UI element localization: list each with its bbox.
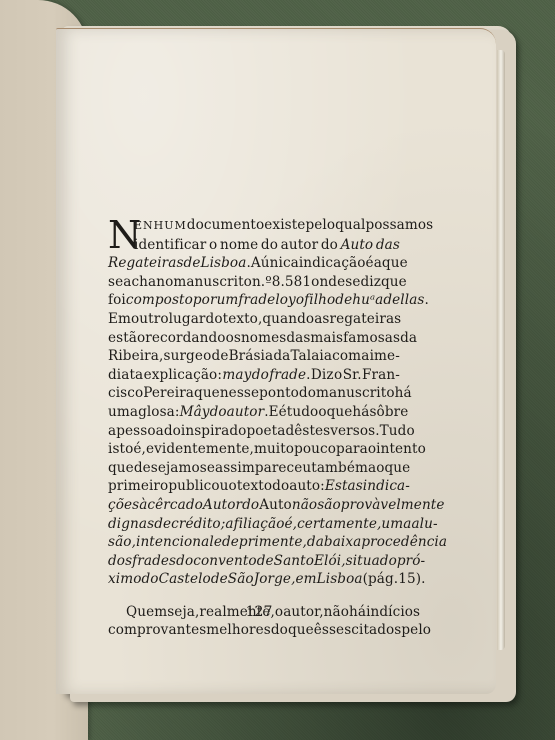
text-line: dosfradesdoconventodeSantoElói,situadopr… [108,552,400,571]
word: ao [368,459,385,478]
word: desejamos [134,459,207,478]
text-line: Emoutrolugardotexto,quandoasregateiras [108,310,400,329]
word: huᵃa [352,291,383,310]
word: àcêrca [139,496,186,515]
text-line: comprovantesmelhoresdoqueêssescitadospel… [108,621,400,640]
word: qual [335,216,365,236]
word: Pereira [143,384,194,403]
word: crédito; [171,515,225,534]
word: comprovantes [108,621,206,640]
text-line: diataexplicação:maydofrade.DizoSr.Fran- [108,366,400,385]
word: famosas [343,329,400,348]
word: quando [262,310,314,329]
word: que [108,459,134,478]
word: a [108,422,116,441]
word: que [327,403,353,422]
word: texto [237,477,272,496]
word: surge [164,347,203,366]
word: por [193,291,217,310]
word: foi [108,291,126,310]
word: é [279,403,287,422]
word: nesse [220,384,259,403]
word: Jorge, [254,570,296,589]
text-line: umaglosa:Mâydoautor.Eétudooquehásôbre [108,403,400,422]
word: Tudo [380,422,415,441]
word: manuscrito [173,273,252,292]
word: se [345,273,360,292]
word: se [108,273,123,292]
text-line: seachanomanuscriton.º8.581ondesedizque [108,273,400,292]
word: o [209,236,217,255]
word: poeta [246,422,285,441]
text-line: ximodoCastelodeSãoJorge,emLisboa(pág.15)… [108,570,400,589]
word: indica- [363,477,410,496]
word: da [400,329,417,348]
word: baixa [324,533,361,552]
word: (pág. [363,570,399,589]
word: indícios [366,603,420,622]
word: da [273,347,290,366]
word: ime- [370,347,400,366]
word: as [314,310,329,329]
word: texto, [223,310,263,329]
word: publicou [168,477,228,496]
word: pró- [397,552,425,571]
word: convento [193,552,256,571]
word: citados [351,621,401,640]
word: inspirado [181,422,247,441]
text-line: istoé,evidentemente,muitopoucoparaointen… [108,440,400,459]
word: Brásia [229,347,274,366]
word: do [252,366,269,385]
word: pouco [294,440,336,459]
word: e [207,459,215,478]
word: evidentemente, [146,440,254,459]
word: 8.581 [272,273,311,292]
word: um [217,291,239,310]
paragraph-gap [108,589,400,603]
word: Elói, [314,552,346,571]
word: certamente, [297,515,381,534]
word: do [261,236,278,255]
word: os [226,329,241,348]
word: pelo [305,216,335,236]
word: em [296,570,317,589]
word: glosa: [138,403,180,422]
word: Em [108,310,131,329]
word: do [164,422,181,441]
word: tudo [287,403,319,422]
word: filiação [234,515,285,534]
word: é [366,254,374,273]
word: loyo [275,291,304,310]
word: versos. [330,422,379,441]
word: pelo [401,621,431,640]
word: deprimente, [222,533,307,552]
word: isto [108,440,133,459]
word: nomes [241,329,286,348]
word: São [228,570,254,589]
word: êsses [314,621,352,640]
text-line: çõesàcêrcadoAutordoAutonãosãoprovàvelmen… [108,496,400,515]
word: onde [311,273,345,292]
paragraph-1-lines: ENHUMdocumentoexistepeloqualpossamosiden… [108,216,400,589]
word: que [381,273,407,292]
word: autor, [283,603,323,622]
word: sôbre [369,403,408,422]
word: não [324,603,349,622]
word: o [203,347,211,366]
word: auto: [289,477,325,496]
word: 15). [398,570,425,589]
text-line: RegateirasdeLisboa.Aúnicaindicaçãoéaque [108,254,400,273]
word: lugar [169,310,206,329]
text-line: dignasdecrédito;afiliaçãoé,certamente,um… [108,515,400,534]
text-line: estãorecordandoosnomesdasmaisfamosasda [108,329,400,348]
small-caps-word: ENHUM [134,219,187,232]
word: que [382,254,408,273]
word: assim [215,459,255,478]
word: cisco [108,384,143,403]
word: may [222,366,251,385]
word: composto [126,291,193,310]
word: o [368,440,376,459]
word: Castelo [159,570,211,589]
word: explicação: [144,366,222,385]
word: pareceu [255,459,311,478]
paragraph-1: N ENHUMdocumentoexistepeloqualpossamosid… [108,216,400,589]
word: é, [133,440,146,459]
word: A [251,254,261,273]
word: o [229,477,237,496]
page-edge [497,50,505,650]
word: estão [108,329,145,348]
word: com [332,347,361,366]
word: a [225,515,233,534]
word: de [212,347,229,366]
body-text: N ENHUMdocumentoexistepeloqualpossamosid… [108,216,400,640]
word: Diz [311,366,334,385]
word: a [361,347,369,366]
word: Talaia [290,347,332,366]
word: autor. [227,403,269,422]
word: do [242,496,259,515]
word: Ribeira, [108,347,163,366]
text-line: são,intencionaledeprimente,dabaixaproced… [108,533,400,552]
text-line: apessoadoinspiradopoetadêstesversos.Tudo [108,422,400,441]
word: de [257,552,274,571]
word: outro [131,310,169,329]
text-line: primeiropublicouotextodoauto:Estasindica… [108,477,400,496]
word: frades [132,552,176,571]
word: há [349,603,366,622]
word: alu- [411,515,437,534]
text-line: quedesejamoseassimpareceutambémaoque [108,459,400,478]
word: diz [360,273,381,292]
word: de [335,291,352,310]
word: intencional [136,533,214,552]
word: possamos [365,216,433,236]
word: no [156,273,173,292]
word: Autor [203,496,242,515]
word: Sr. [343,366,362,385]
word: ções [108,496,139,515]
text-line: ciscoPereiraquenessepontodomanuscritohá [108,384,400,403]
word: Lisboa [317,570,363,589]
word: Mây [180,403,210,422]
word: Quem [126,603,167,622]
word: Auto [341,236,374,255]
word: e [214,533,222,552]
word: única [261,254,299,273]
word: há [395,384,412,403]
word: dignas [108,515,154,534]
word: do [176,552,193,571]
word: identificar [134,236,206,255]
word: da [307,533,324,552]
word: situado [346,552,397,571]
word: muito [254,440,294,459]
word: n.º [252,273,272,292]
word: são [317,496,341,515]
word: nome [220,236,258,255]
word: E [269,403,279,422]
word: do [299,384,316,403]
word: de [211,570,228,589]
word: das [376,236,400,255]
word: filho [304,291,335,310]
word: há [352,403,369,422]
word: Fran- [362,366,400,385]
word: procedência [361,533,447,552]
word: das [286,329,310,348]
word: é, [284,515,297,534]
word: a [374,254,382,273]
word: pessoa [116,422,164,441]
word: o [334,366,342,385]
word: de [154,515,171,534]
word: documento [187,216,265,236]
word: que [384,459,410,478]
word: o [275,603,283,622]
word: do [321,236,338,255]
text-line: foicompostoporumfradeloyofilhodehuᵃadell… [108,291,400,310]
word: uma [108,403,138,422]
word: provàvelmente [341,496,445,515]
word: são, [108,533,136,552]
word: frade [238,291,275,310]
word: Auto [259,496,292,515]
word: acha [123,273,156,292]
word: frade. [269,366,310,385]
word: uma [381,515,411,534]
word: também [311,459,368,478]
word: dos [108,552,132,571]
word: não [292,496,317,515]
word: do [271,621,288,640]
word: que [288,621,314,640]
word: autor [281,236,319,255]
word: do [142,570,159,589]
word: do [272,477,289,496]
word: Estas [325,477,363,496]
word: primeiro [108,477,168,496]
page-number: 127 [244,604,274,620]
word: dellas. [383,291,429,310]
word: do [206,310,223,329]
text-line: identificaronomedoautordoAutodas [108,236,400,255]
word: dêstes [285,422,330,441]
word: que [194,384,220,403]
word: Lisboa. [200,254,250,273]
word: ximo [108,570,142,589]
word: regateiras [329,310,401,329]
word: diata [108,366,143,385]
word: melhores [206,621,271,640]
drop-cap: N [108,218,141,252]
word: o [318,403,326,422]
word: Santo [274,552,314,571]
word: seja, [167,603,199,622]
word: intento [376,440,426,459]
word: indicação [299,254,366,273]
text-line: Ribeira,surgeodeBrásiadaTalaiacomaime- [108,347,400,366]
word: recordando [145,329,225,348]
word: mais [310,329,343,348]
word: de [184,254,201,273]
word: do [186,496,203,515]
word: manuscrito [316,384,395,403]
word: existe [264,216,305,236]
word: para [336,440,368,459]
word: do [210,403,227,422]
text-line: ENHUMdocumentoexistepeloqualpossamos [108,216,400,236]
word: ponto [259,384,299,403]
